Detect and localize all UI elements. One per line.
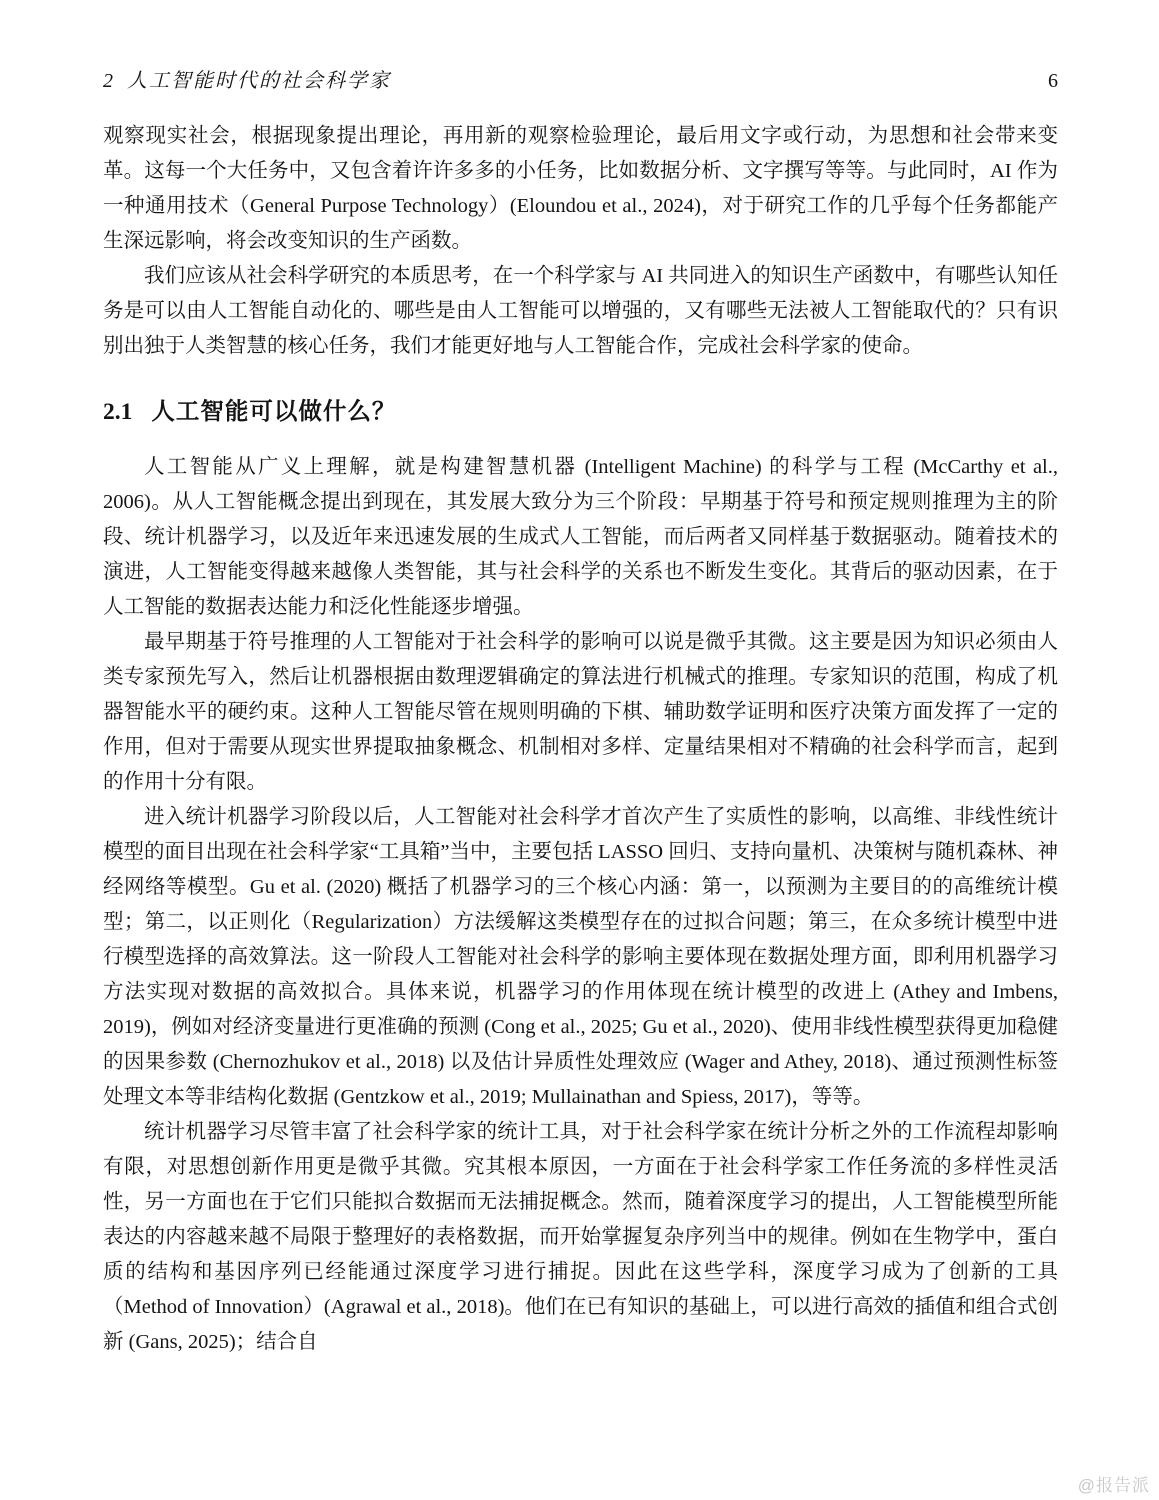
running-chapter-title: 2人工智能时代的社会科学家: [103, 64, 391, 93]
chapter-number: 2: [103, 70, 113, 92]
paper-page: 2人工智能时代的社会科学家 6 观察现实社会，根据现象提出理论，再用新的观察检验…: [0, 0, 1159, 1500]
body-text-column: 观察现实社会，根据现象提出理论，再用新的观察检验理论，最后用文字或行动，为思想和…: [103, 119, 1058, 1360]
paragraph-continuation: 观察现实社会，根据现象提出理论，再用新的观察检验理论，最后用文字或行动，为思想和…: [103, 119, 1058, 259]
section-number: 2.1: [103, 395, 132, 429]
running-header: 2人工智能时代的社会科学家 6: [103, 64, 1058, 93]
section-title: 人工智能可以做什么？: [151, 395, 396, 429]
page-number: 6: [1048, 70, 1058, 93]
paragraph-intro: 我们应该从社会科学研究的本质思考，在一个科学家与 AI 共同进入的知识生产函数中…: [103, 259, 1058, 364]
paragraph-symbolic-ai: 最早期基于符号推理的人工智能对于社会科学的影响可以说是微乎其微。这主要是因为知识…: [103, 625, 1058, 800]
watermark: @报告派: [1078, 1471, 1150, 1496]
section-heading: 2.1 人工智能可以做什么？: [103, 395, 1058, 429]
paragraph-ai-definition: 人工智能从广义上理解，就是构建智慧机器 (Intelligent Machine…: [103, 450, 1058, 625]
chapter-title-text: 人工智能时代的社会科学家: [127, 70, 391, 92]
paragraph-deep-learning: 统计机器学习尽管丰富了社会科学家的统计工具，对于社会科学家在统计分析之外的工作流…: [103, 1115, 1058, 1360]
paragraph-statistical-ml: 进入统计机器学习阶段以后，人工智能对社会科学才首次产生了实质性的影响，以高维、非…: [103, 800, 1058, 1115]
